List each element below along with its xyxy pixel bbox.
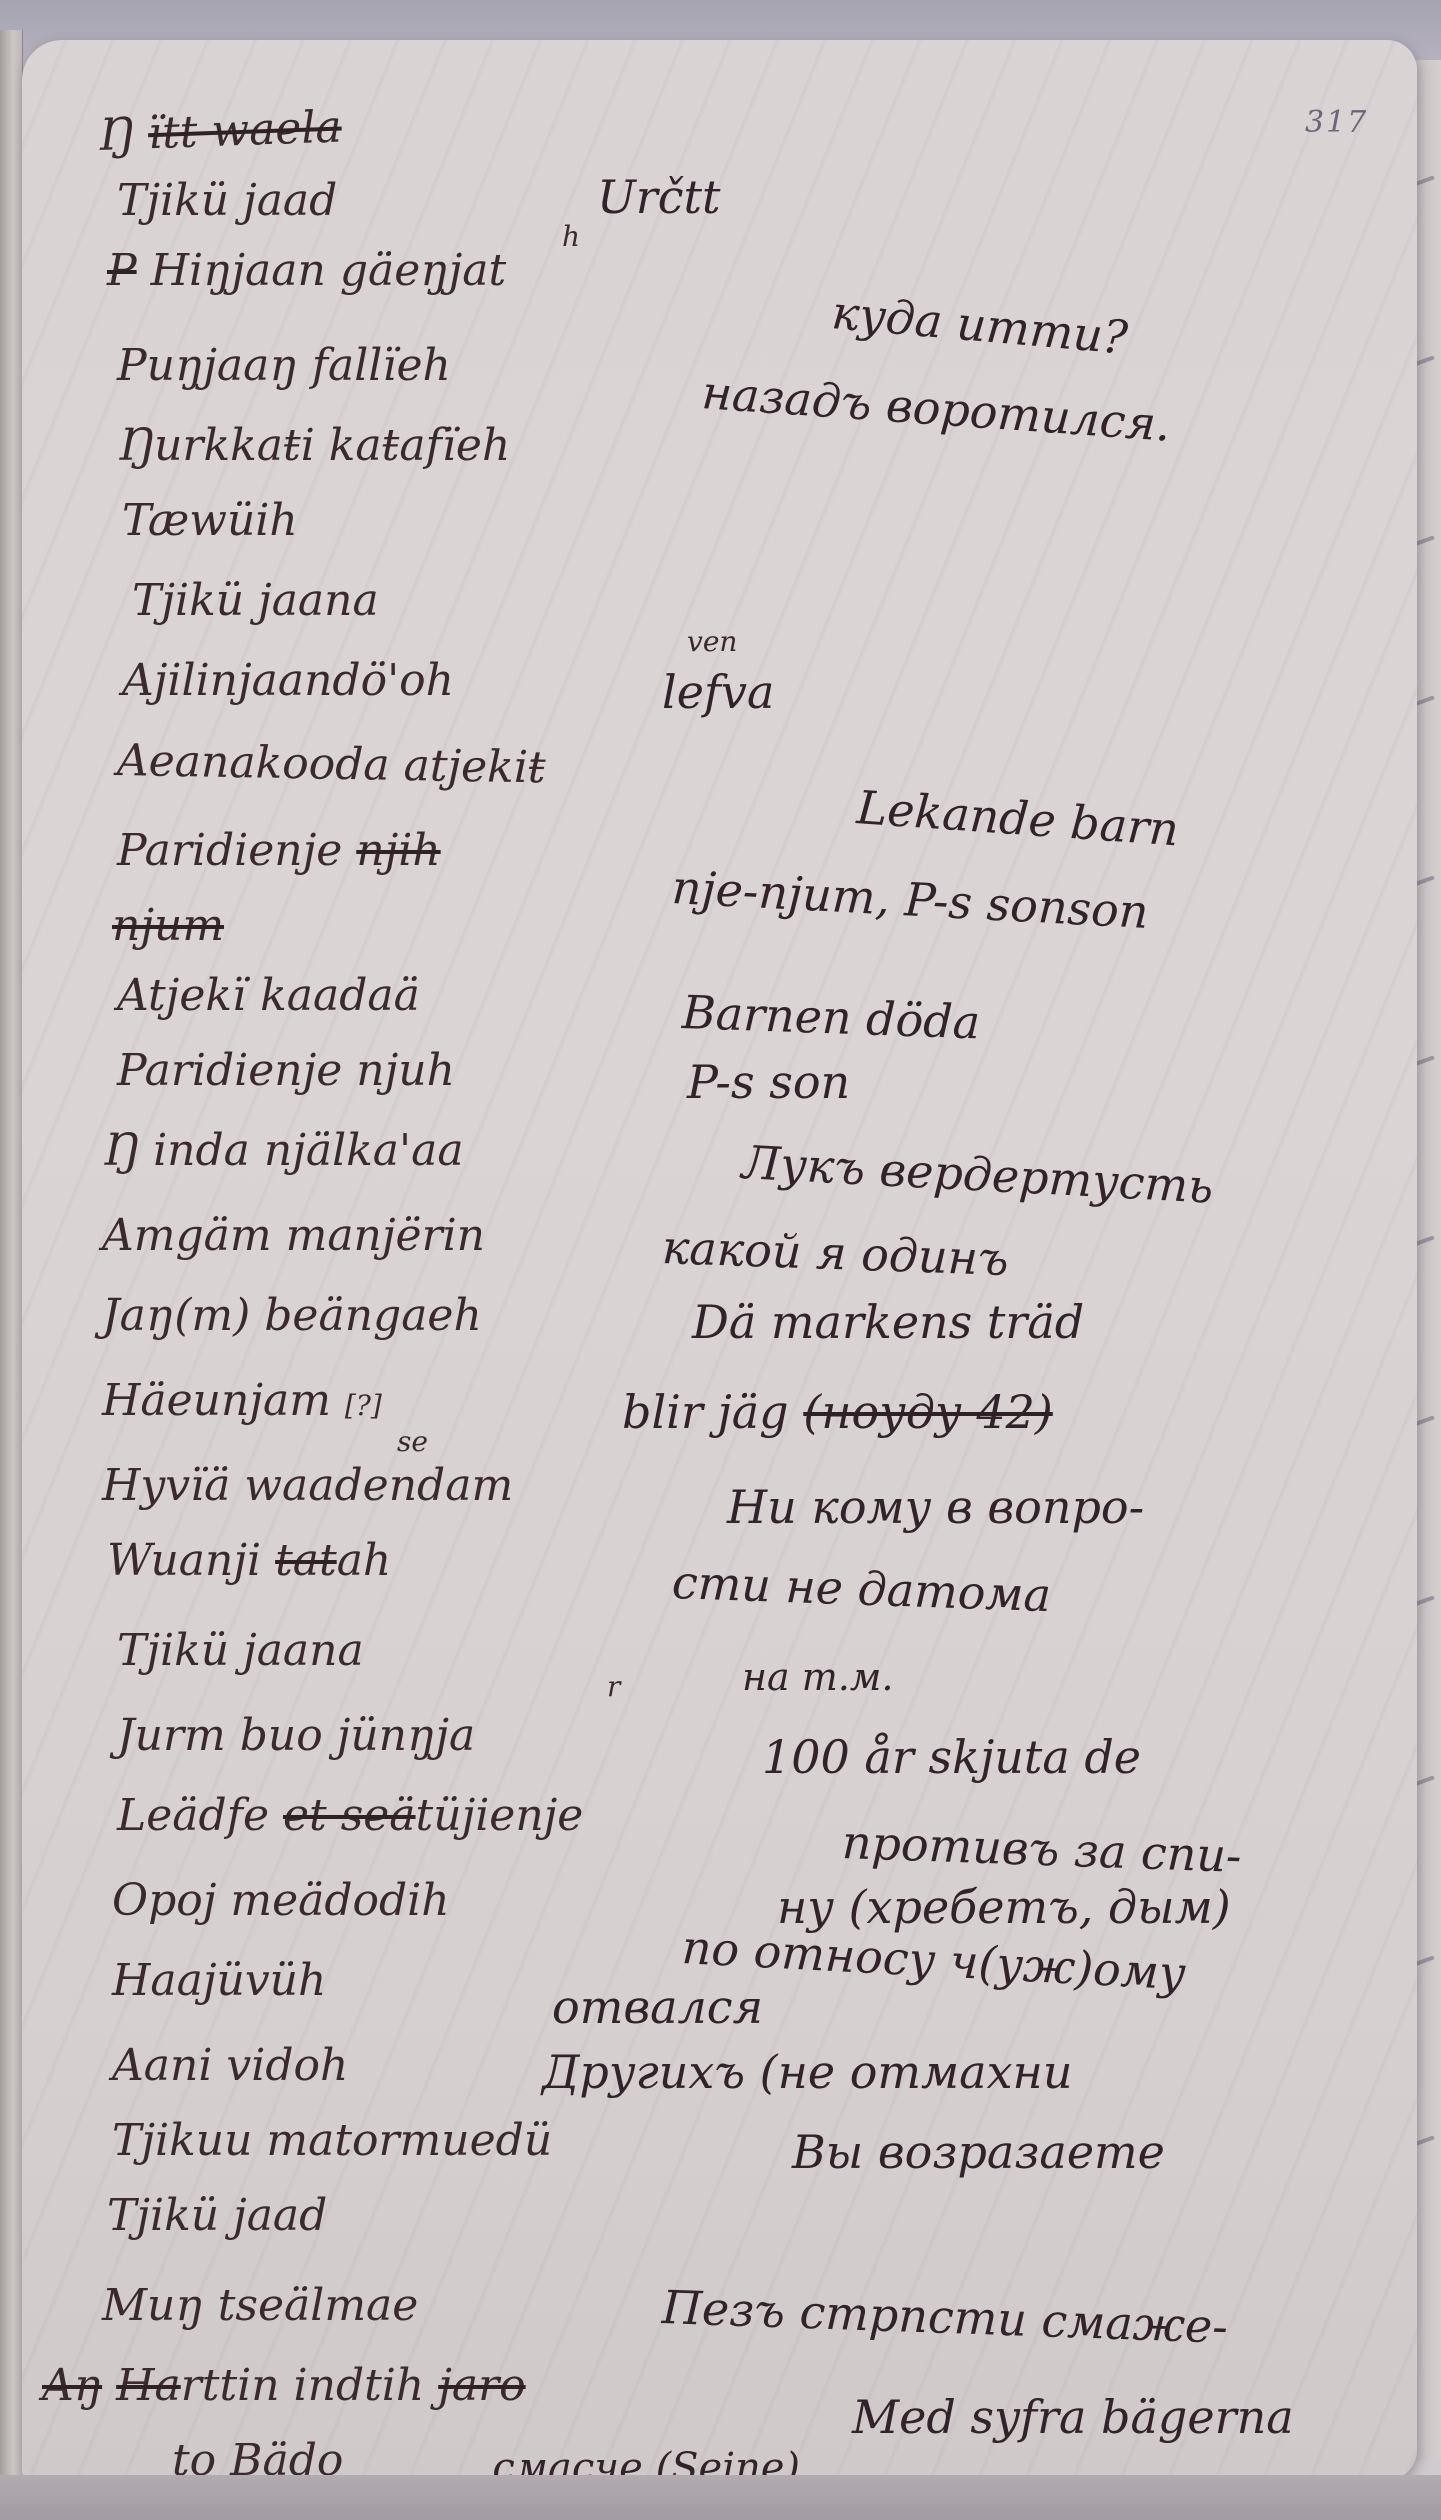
line-struck-text: ïtt waela xyxy=(147,101,342,159)
manuscript-line: Haajüvüh xyxy=(112,1955,326,2006)
line-left-text: Ŋ inda njälka'aa xyxy=(102,1125,464,1176)
manuscript-line-translation: Lekande barn xyxy=(855,780,1180,856)
line-left-text: Wuanji xyxy=(107,1535,261,1586)
manuscript-line: Paridienje njuh xyxy=(117,1045,455,1096)
manuscript-line-translation: Určtt xyxy=(597,170,721,224)
line-left-text: Ajilinjaandö'oh xyxy=(122,655,454,706)
line-left-text: Muŋ tseälmae xyxy=(102,2280,418,2331)
line-right-text: Лукъ вердертусть xyxy=(741,1135,1215,1214)
line-right-text: Другихъ (не отмахни xyxy=(542,2045,1072,2099)
manuscript-line-translation: Пезъ стрпсти смаже- xyxy=(661,2280,1229,2354)
manuscript-line: Jurm buo jünŋja xyxy=(117,1710,475,1761)
line-left-text: Häeunjam xyxy=(102,1375,331,1426)
line-left-text: Ŋurkkaŧi kaŧafïeh xyxy=(117,420,510,471)
line-struck-text: et seä xyxy=(283,1790,416,1841)
line-left-text: Ŋ xyxy=(96,109,135,161)
line-right-text: назадъ воротился. xyxy=(700,365,1172,452)
manuscript-line: to Bädo xyxy=(172,2435,343,2480)
line-right-text: Med syfra bägerna xyxy=(852,2390,1294,2444)
left-page-edge xyxy=(0,30,23,2490)
manuscript-line: Atjekï kaadaä xyxy=(117,970,420,1021)
manuscript-line-translation: назадъ воротился. xyxy=(700,365,1172,452)
manuscript-line: Aani vidoh xyxy=(112,2040,348,2091)
interlinear-note: ven xyxy=(687,625,737,658)
line-right-text: какой я одинъ xyxy=(661,1220,1010,1286)
line-left-text: Opoj meädodih xyxy=(112,1875,450,1926)
manuscript-line: Puŋjaaŋ fallïeh xyxy=(117,340,451,391)
line-right-text: nje-njum, P-s sonson xyxy=(671,860,1150,939)
manuscript-line: Paridienje njih xyxy=(117,825,441,876)
manuscript-line-translation: Med syfra bägerna xyxy=(852,2390,1294,2444)
manuscript-line: Opoj meädodih xyxy=(112,1875,450,1926)
line-left-text: Paridienje njuh xyxy=(117,1045,455,1096)
line-right-text: Пезъ стрпсти смаже- xyxy=(661,2280,1229,2354)
line-left-text: Paridienje xyxy=(117,825,342,876)
manuscript-line-translation: nje-njum, P-s sonson xyxy=(671,860,1150,939)
manuscript-line-translation: куда итти? xyxy=(830,285,1130,365)
manuscript-line: Ŋ inda njälka'aa xyxy=(102,1125,464,1176)
manuscript-line-translation: Лукъ вердертусть xyxy=(741,1135,1215,1214)
line-left-text: Hiŋjaan gäeŋjat xyxy=(151,245,507,296)
line-right-text: P-s son xyxy=(687,1055,850,1109)
line-struck-text: jaro xyxy=(438,2360,525,2411)
manuscript-line-translation: Другихъ (не отмахни xyxy=(542,2045,1072,2099)
line-right-text: на т.м. xyxy=(742,1655,893,1699)
line-left-text: Puŋjaaŋ fallïeh xyxy=(117,340,451,391)
line-right-text: 100 år skjutа de xyxy=(762,1730,1141,1784)
manuscript-line-translation: сти не датома xyxy=(671,1555,1052,1622)
line-left-text: Haajüvüh xyxy=(112,1955,326,2006)
line-left-text: Tjikü jaad xyxy=(107,2190,327,2241)
manuscript-line-translation: ну (хребетъ, дым) xyxy=(777,1880,1231,1934)
manuscript-line-translation: какой я одинъ xyxy=(661,1220,1010,1286)
line-struck-text: njih xyxy=(356,825,440,876)
manuscript-line: Aŋ Harttin indtih jaro xyxy=(42,2360,526,2411)
line-right-text: противъ за спи- xyxy=(841,1815,1242,1883)
manuscript-line-translation: Barnen döda xyxy=(681,985,981,1049)
manuscript-line: Tjikü jaad xyxy=(107,2190,327,2241)
notebook-page: 317 Ŋ ïtt waela Tjikü jaad Určtt P Hiŋja… xyxy=(22,40,1417,2480)
line-left-text: Jaŋ(m) beängaeh xyxy=(102,1290,482,1341)
notebook-scene: 317 Ŋ ïtt waela Tjikü jaad Určtt P Hiŋja… xyxy=(0,0,1441,2520)
manuscript-line: Ŋurkkaŧi kaŧafïeh xyxy=(117,420,510,471)
line-right-text: ну (хребетъ, дым) xyxy=(777,1880,1231,1934)
manuscript-line: Tjikuu matormuedü xyxy=(112,2115,552,2166)
line-left-text: Tjikuu matormuedü xyxy=(112,2115,552,2166)
line-right-text: lefva xyxy=(662,665,774,719)
interlinear-note: r xyxy=(607,1670,620,1703)
manuscript-line: P Hiŋjaan gäeŋjat xyxy=(107,245,506,296)
manuscript-line-translation: blir jäg (ноуду 42) xyxy=(622,1385,1053,1439)
manuscript-line: Jaŋ(m) beängaeh xyxy=(102,1290,482,1341)
manuscript-line-translation: противъ за спи- xyxy=(841,1815,1242,1883)
manuscript-line: Tjikü jaad xyxy=(117,175,337,226)
interlinear-note: se xyxy=(397,1425,428,1458)
line-left-text: Tjikü jaana xyxy=(132,575,379,626)
line-struck-text: njum xyxy=(112,900,224,951)
line-left-text: Jurm buo jünŋja xyxy=(117,1710,475,1761)
interlinear-note: h xyxy=(562,220,580,253)
manuscript-line: Tjikü jaana xyxy=(117,1625,364,1676)
line-left-text: Leädfe xyxy=(117,1790,269,1841)
line-struck-text: P xyxy=(107,245,137,296)
manuscript-line: Hyvïä waadendam xyxy=(102,1460,513,1511)
line-left-text: Tjikü jaad xyxy=(117,175,337,226)
line-right-text: blir jäg xyxy=(622,1385,789,1439)
line-left-text: Aeanakooda atjekiŧ xyxy=(117,735,546,793)
manuscript-line-translation: P-s son xyxy=(687,1055,850,1109)
line-left-text: Hyvïä waadendam xyxy=(102,1460,513,1511)
line-left-text: Tæwüih xyxy=(122,495,298,546)
line-struck-text: (ноуду 42) xyxy=(803,1385,1053,1439)
manuscript-line-translation: Ни кому в вопро- xyxy=(727,1480,1144,1534)
line-right-text: куда итти? xyxy=(830,285,1130,365)
manuscript-line: Häeunjam [?] xyxy=(102,1375,382,1426)
manuscript-line: njum xyxy=(112,900,224,951)
line-left-text: Aani vidoh xyxy=(112,2040,348,2091)
manuscript-line-translation: отвался xyxy=(552,1980,763,2034)
line-right-text: Вы возразаете xyxy=(792,2125,1165,2179)
manuscript-line: Tjikü jaana xyxy=(132,575,379,626)
manuscript-line: Amgäm manjërin xyxy=(102,1210,485,1261)
line-right-text: Ни кому в вопро- xyxy=(727,1480,1144,1534)
line-struck-text: Ha xyxy=(116,2360,181,2411)
manuscript-line: Muŋ tseälmae xyxy=(102,2280,418,2331)
line-left-text: Atjekï kaadaä xyxy=(117,970,420,1021)
line-left-text: to Bädo xyxy=(172,2435,343,2480)
manuscript-line: Wuanji tatah xyxy=(107,1535,391,1586)
manuscript-line: Aeanakooda atjekiŧ xyxy=(117,735,546,793)
line-right-text: Dä markens träd xyxy=(692,1295,1084,1349)
manuscript-line: Ajilinjaandö'oh xyxy=(122,655,454,706)
manuscript-line-translation: 100 år skjutа de xyxy=(762,1730,1141,1784)
line-left-text: Aŋ xyxy=(42,2360,102,2411)
line-right-text: Určtt xyxy=(597,170,721,224)
line-right-text: Lekande barn xyxy=(855,780,1180,856)
interlinear-note: [?] xyxy=(345,1389,382,1422)
page-number: 317 xyxy=(1305,105,1368,140)
line-left-text: Amgäm manjërin xyxy=(102,1210,485,1261)
line-struck-text: tat xyxy=(275,1535,337,1586)
manuscript-line: Ŋ ïtt waela xyxy=(96,101,342,161)
manuscript-line: Tæwüih xyxy=(122,495,298,546)
line-right-text: Barnen döda xyxy=(681,985,981,1049)
line-right-text: отвался xyxy=(552,1980,763,2034)
manuscript-line-translation: Вы возразаете xyxy=(792,2125,1165,2179)
line-left-text: Tjikü jaana xyxy=(117,1625,364,1676)
page-stack-bottom xyxy=(0,2475,1441,2520)
manuscript-line-translation: lefva xyxy=(662,665,774,719)
line-right-text: сти не датома xyxy=(671,1555,1052,1622)
manuscript-line-translation: на т.м. xyxy=(742,1655,893,1699)
manuscript-line: Leädfe et seätüjienje xyxy=(117,1790,583,1841)
manuscript-line-translation: Dä markens träd xyxy=(692,1295,1084,1349)
